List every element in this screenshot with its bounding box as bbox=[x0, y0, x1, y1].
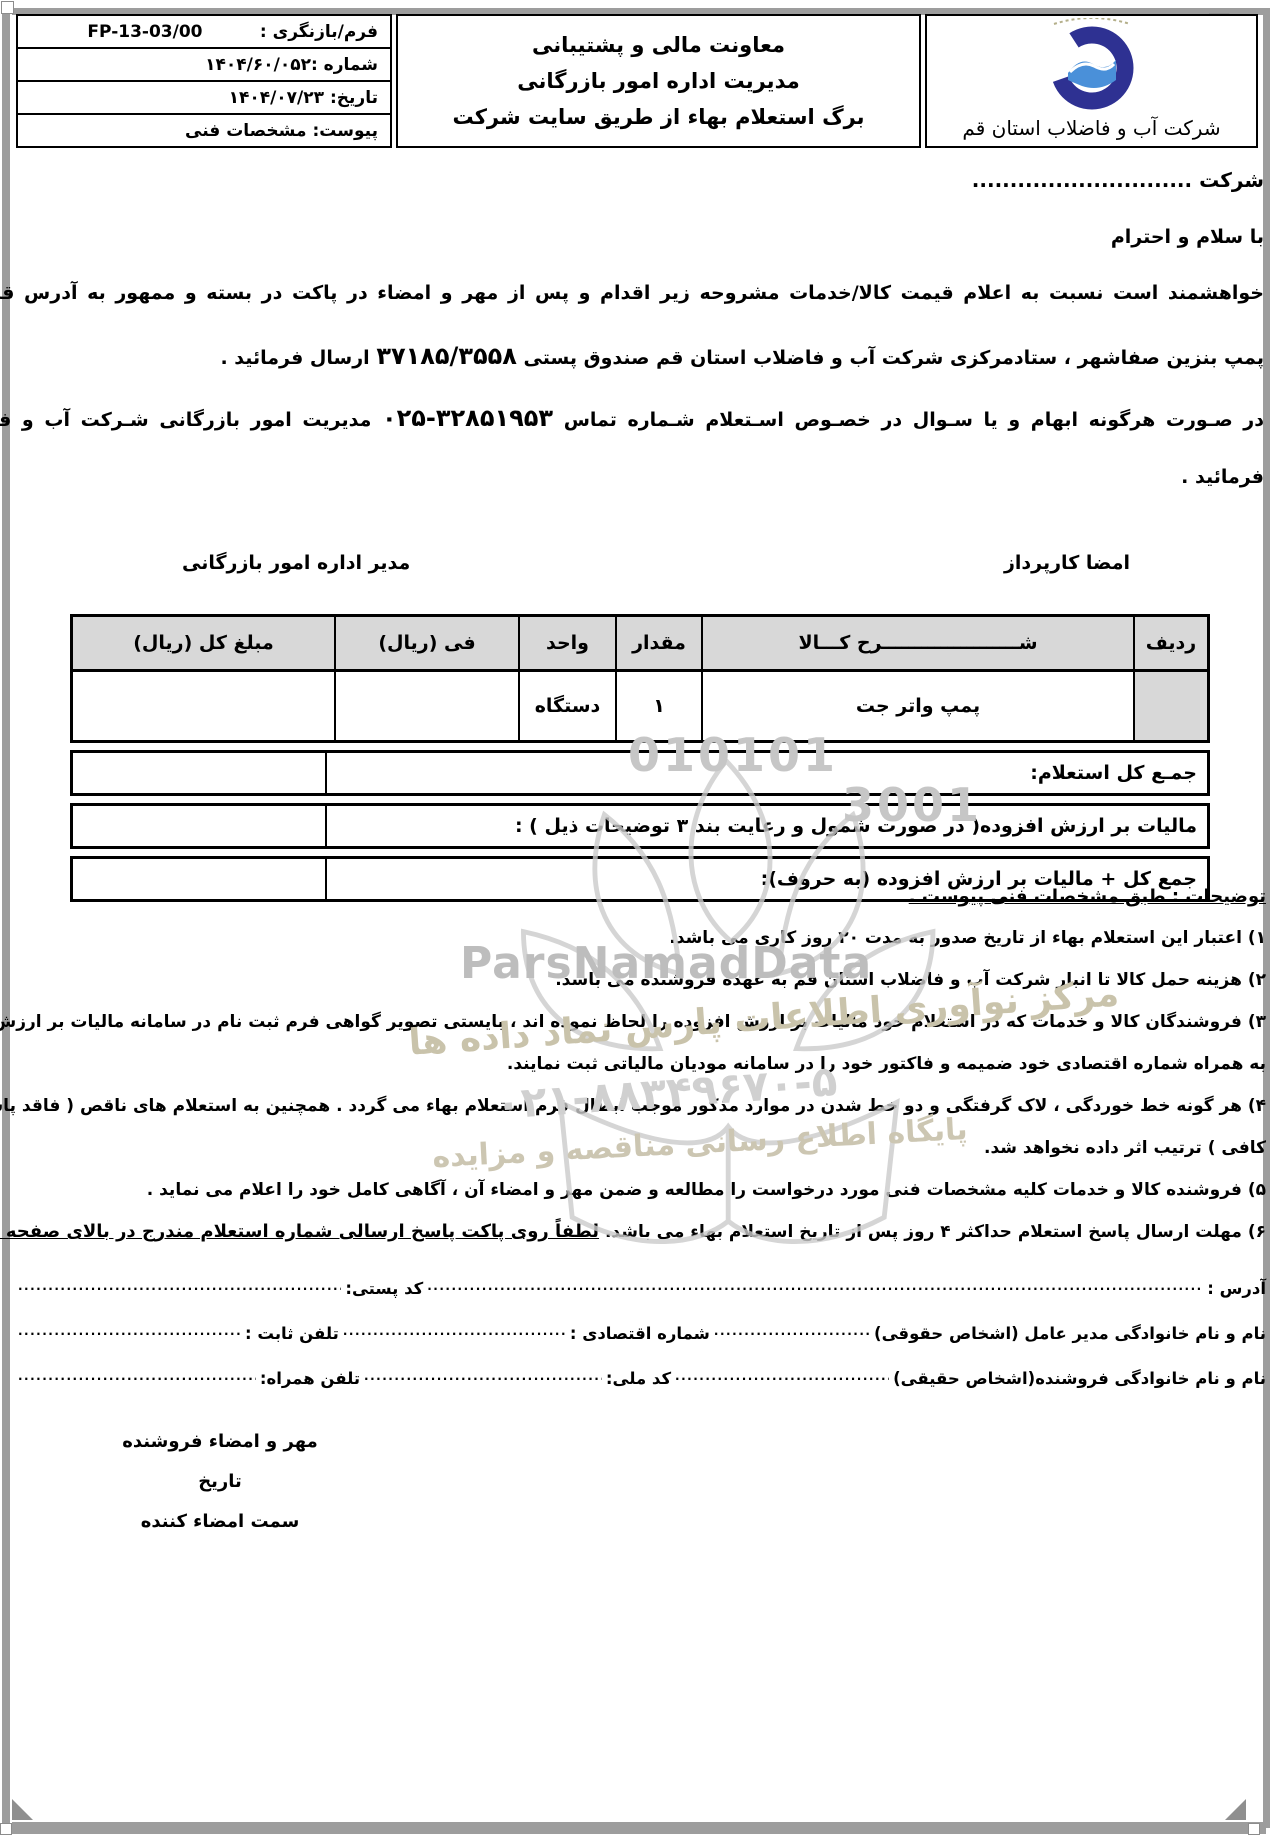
seller-name-blank: ........................................… bbox=[675, 1367, 889, 1385]
economic-code-label: شماره اقتصادی : bbox=[570, 1324, 710, 1343]
note-6-emphasis: لطفاً روی پاکت پاسخ ارسالی شماره استعلام… bbox=[0, 1221, 599, 1242]
seller-signature-block: مهر و امضاء فروشنده تاریخ سمت امضاء کنند… bbox=[75, 1422, 365, 1542]
page-edge-left bbox=[2, 8, 10, 1828]
ceo-name-label: نام و نام خانوادگی مدیر عامل (اشخاص حقوق… bbox=[874, 1324, 1266, 1343]
signer-position-label: سمت امضاء کننده bbox=[75, 1502, 365, 1542]
postal-code-blank: ........................................… bbox=[18, 1277, 341, 1295]
letterhead-line-2: مدیریت اداره امور بازرگانی bbox=[398, 63, 919, 99]
notes-title: توضیحات : طبق مشخصات فنی پیوست . bbox=[14, 886, 1266, 907]
postal-code-label: کد پستی: bbox=[345, 1279, 423, 1298]
company-header-box: شرکت آب و فاضلاب استان قم bbox=[925, 14, 1258, 148]
note-1: ۱) اعتبار این استعلام بهاء از تاریخ صدور… bbox=[14, 917, 1266, 959]
seller-fill-line: نام و نام خانوادگی فروشنده(اشخاص حقیقی) … bbox=[14, 1343, 1266, 1388]
ceo-fill-line: نام و نام خانوادگی مدیر عامل (اشخاص حقوق… bbox=[14, 1298, 1266, 1343]
form-number-label: شماره : bbox=[311, 55, 378, 75]
form-header: شرکت آب و فاضلاب استان قم معاونت مالی و … bbox=[16, 14, 1258, 148]
form-revision-label: فرم/بازنگری : bbox=[260, 22, 378, 42]
item-description-cell: پمپ واتر جت bbox=[701, 672, 1133, 740]
body-line-2-text: پمپ بنزین صفاشهر ، ستادمرکزی شرکت آب و ف… bbox=[524, 347, 1264, 369]
total-row-label: جمـع کل استعلام: bbox=[325, 753, 1207, 793]
form-revision-row: فرم/بازنگری : FP-13-03/00 bbox=[18, 16, 390, 49]
col-header-row-number: ردیف bbox=[1133, 617, 1207, 669]
body-line-3: در صـورت هرگونه ابهام و یا سـوال در خصـو… bbox=[16, 404, 1264, 432]
commercial-manager-signature-label: مدیر اداره امور بازرگانی bbox=[182, 552, 410, 574]
note-4-line-1: ۴) هر گونه خط خوردگی ، لاک گرفتگی و دو خ… bbox=[14, 1085, 1266, 1127]
item-unit-price-cell bbox=[334, 672, 518, 740]
col-header-unit: واحد bbox=[518, 617, 615, 669]
salutation-line: با سلام و احترام bbox=[16, 226, 1264, 248]
note-6-text: ۶) مهلت ارسال پاسخ استعلام حداکثر ۴ روز … bbox=[605, 1222, 1266, 1242]
form-date-row: تاریخ: ۱۴۰۴/۰۷/۲۳ bbox=[18, 82, 390, 115]
contact-phone-number: ۰۲۵-۳۲۸۵۱۹۵۳ bbox=[382, 404, 553, 432]
page-edge-bottom bbox=[12, 1822, 1266, 1834]
letterhead-title-box: معاونت مالی و پشتیبانی مدیریت اداره امور… bbox=[396, 14, 921, 148]
note-6: ۶) مهلت ارسال پاسخ استعلام حداکثر ۴ روز … bbox=[14, 1211, 1266, 1253]
postal-box-number: ۳۷۱۸۵/۳۵۵۸ bbox=[376, 342, 517, 370]
note-5: ۵) فروشنده کالا و خدمات کلیه مشخصات فنی … bbox=[14, 1169, 1266, 1211]
ceo-name-blank: ........................................… bbox=[714, 1322, 870, 1340]
addressee-line: شرکت ............................. bbox=[16, 168, 1264, 192]
items-table: ردیف شـــــــــــــــــــــرح کـــالا مق… bbox=[70, 614, 1210, 902]
form-date-value: ۱۴۰۴/۰۷/۲۳ bbox=[229, 88, 324, 108]
company-name: شرکت آب و فاضلاب استان قم bbox=[927, 116, 1256, 140]
procurement-signature-label: امضا کارپرداز bbox=[1004, 552, 1130, 574]
form-attachment-label: پیوست: bbox=[313, 121, 379, 141]
form-date-label: تاریخ: bbox=[330, 88, 378, 108]
vat-row-label: مالیات بر ارزش افزوده( در صورت شمول و رع… bbox=[325, 806, 1207, 846]
national-id-blank: ........................................… bbox=[364, 1367, 602, 1385]
form-number-row: شماره : ۱۴۰۴/۶۰/۰۵۲ bbox=[18, 49, 390, 82]
notes-section: توضیحات : طبق مشخصات فنی پیوست . ۱) اعتب… bbox=[14, 886, 1266, 1388]
form-revision-value: FP-13-03/00 bbox=[87, 22, 202, 42]
item-total-cell bbox=[73, 672, 334, 740]
note-3-line-1: ۳) فروشندگان کالا و خدمات که در استعلام … bbox=[14, 1001, 1266, 1043]
water-company-logo-icon bbox=[1040, 18, 1144, 114]
company-logo bbox=[927, 18, 1256, 118]
signature-date-label: تاریخ bbox=[75, 1462, 365, 1502]
table-header-row: ردیف شـــــــــــــــــــــرح کـــالا مق… bbox=[73, 617, 1207, 672]
total-row: جمـع کل استعلام: bbox=[70, 750, 1210, 796]
table-handle-square bbox=[1, 1, 14, 14]
seller-name-label: نام و نام خانوادگی فروشنده(اشخاص حقیقی) bbox=[893, 1369, 1266, 1388]
form-number-value: ۱۴۰۴/۶۰/۰۵۲ bbox=[205, 55, 311, 75]
form-attachment-value: مشخصات فنی bbox=[185, 121, 306, 141]
items-table-main: ردیف شـــــــــــــــــــــرح کـــالا مق… bbox=[70, 614, 1210, 743]
total-row-value-cell bbox=[73, 753, 325, 793]
form-meta-box: فرم/بازنگری : FP-13-03/00 شماره : ۱۴۰۴/۶… bbox=[16, 14, 392, 148]
mobile-label: تلفن همراه: bbox=[260, 1369, 360, 1388]
body-line-1: خواهشمند است نسبت به اعلام قیمت کالا/خدم… bbox=[16, 282, 1264, 304]
corner-square-right bbox=[1248, 1823, 1260, 1835]
fold-mark-bottom-left bbox=[12, 1799, 33, 1820]
note-4-line-2: کافی ) ترتیب اثر داده نخواهد شد. bbox=[14, 1127, 1266, 1169]
col-header-total: مبلغ کل (ریال) bbox=[73, 617, 334, 669]
body-line-3-text: در صـورت هرگونه ابهام و یا سـوال در خصـو… bbox=[564, 409, 1264, 431]
vat-row-value-cell bbox=[73, 806, 325, 846]
address-fill-line: آدرس : .................................… bbox=[14, 1253, 1266, 1298]
body-line-2-tail: ارسال فرمائید . bbox=[220, 347, 369, 369]
item-quantity-cell: ۱ bbox=[615, 672, 701, 740]
vat-row: مالیات بر ارزش افزوده( در صورت شمول و رع… bbox=[70, 803, 1210, 849]
address-blank: ........................................… bbox=[427, 1277, 1203, 1295]
note-2: ۲) هزینه حمل کالا تا انبار شرکت آب و فاض… bbox=[14, 959, 1266, 1001]
economic-code-blank: ........................................… bbox=[343, 1322, 566, 1340]
landline-blank: ........................................… bbox=[18, 1322, 241, 1340]
letterhead-line-3: برگ استعلام بهاء از طریق سایت شرکت bbox=[398, 99, 919, 135]
national-id-label: کد ملی: bbox=[606, 1369, 671, 1388]
body-line-4: فرمائید . bbox=[16, 466, 1264, 488]
body-line-2: پمپ بنزین صفاشهر ، ستادمرکزی شرکت آب و ف… bbox=[16, 342, 1264, 370]
scanned-inquiry-form-page: شرکت آب و فاضلاب استان قم معاونت مالی و … bbox=[0, 0, 1280, 1836]
item-unit-cell: دستگاه bbox=[518, 672, 615, 740]
address-label: آدرس : bbox=[1207, 1279, 1266, 1298]
col-header-quantity: مقدار bbox=[615, 617, 701, 669]
body-line-3-tail: مدیریت امور بازرگانی شـرکت آب و فاضـلاب … bbox=[0, 409, 371, 431]
letterhead-line-1: معاونت مالی و پشتیبانی bbox=[398, 27, 919, 63]
landline-label: تلفن ثابت : bbox=[245, 1324, 339, 1343]
form-attachment-row: پیوست: مشخصات فنی bbox=[18, 115, 390, 146]
col-header-description: شـــــــــــــــــــــرح کـــالا bbox=[701, 617, 1133, 669]
col-header-unit-price: فی (ریال) bbox=[334, 617, 518, 669]
table-item-row: پمپ واتر جت ۱ دستگاه bbox=[73, 672, 1207, 740]
item-row-number-cell bbox=[1133, 672, 1207, 740]
corner-square-left bbox=[0, 1823, 12, 1835]
mobile-blank: ........................................… bbox=[18, 1367, 256, 1385]
seller-stamp-signature-label: مهر و امضاء فروشنده bbox=[75, 1422, 365, 1462]
note-3-line-2: به همراه شماره اقتصادی خود ضمیمه و فاکتو… bbox=[14, 1043, 1266, 1085]
fold-mark-bottom-right bbox=[1225, 1799, 1246, 1820]
